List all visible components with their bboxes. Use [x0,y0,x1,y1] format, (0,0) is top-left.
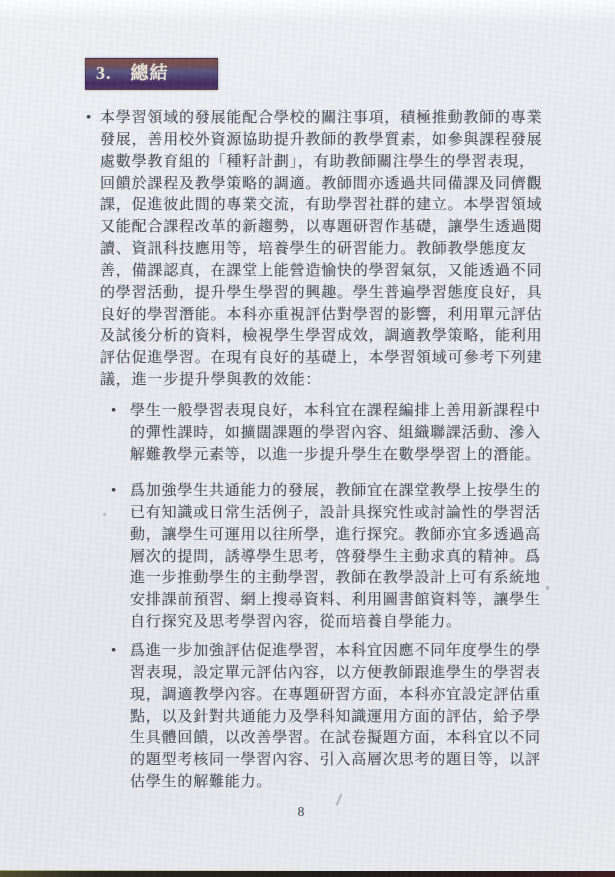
recommendation-2-paragraph: 爲加強學生共通能力的發展，教師宜在課堂教學上按學生的 已有知識或日常生活例子，設… [130,481,558,634]
scanned-document-page: 3. 總結 • 本學習領域的發展能配合學校的關注事項，積極推動教師的專業 發展，… [0,0,615,877]
bullet-marker: • [111,401,116,423]
scan-edge-bottom [0,871,615,877]
bullet-marker: • [111,641,116,663]
bullet-marker: • [111,481,116,503]
scan-scratch [335,793,342,805]
scan-speck [103,513,106,516]
recommendation-1-paragraph: 學生一般學習表現良好，本科宜在課程編排上善用新課程中 的彈性課時，如擴闊課題的學… [130,401,558,467]
page-number: 8 [288,804,314,820]
section-heading: 3. 總結 [86,59,217,88]
bullet-marker: • [86,108,91,130]
overview-paragraph: 本學習領域的發展能配合學校的關注事項，積極推動教師的專業 發展，善用校外資源協助… [100,108,556,392]
recommendation-3-paragraph: 爲進一步加強評估促進學習，本科宜因應不同年度學生的學 習表現，設定單元評估內容，… [130,641,558,794]
section-heading-box: 3. 總結 [85,58,218,90]
